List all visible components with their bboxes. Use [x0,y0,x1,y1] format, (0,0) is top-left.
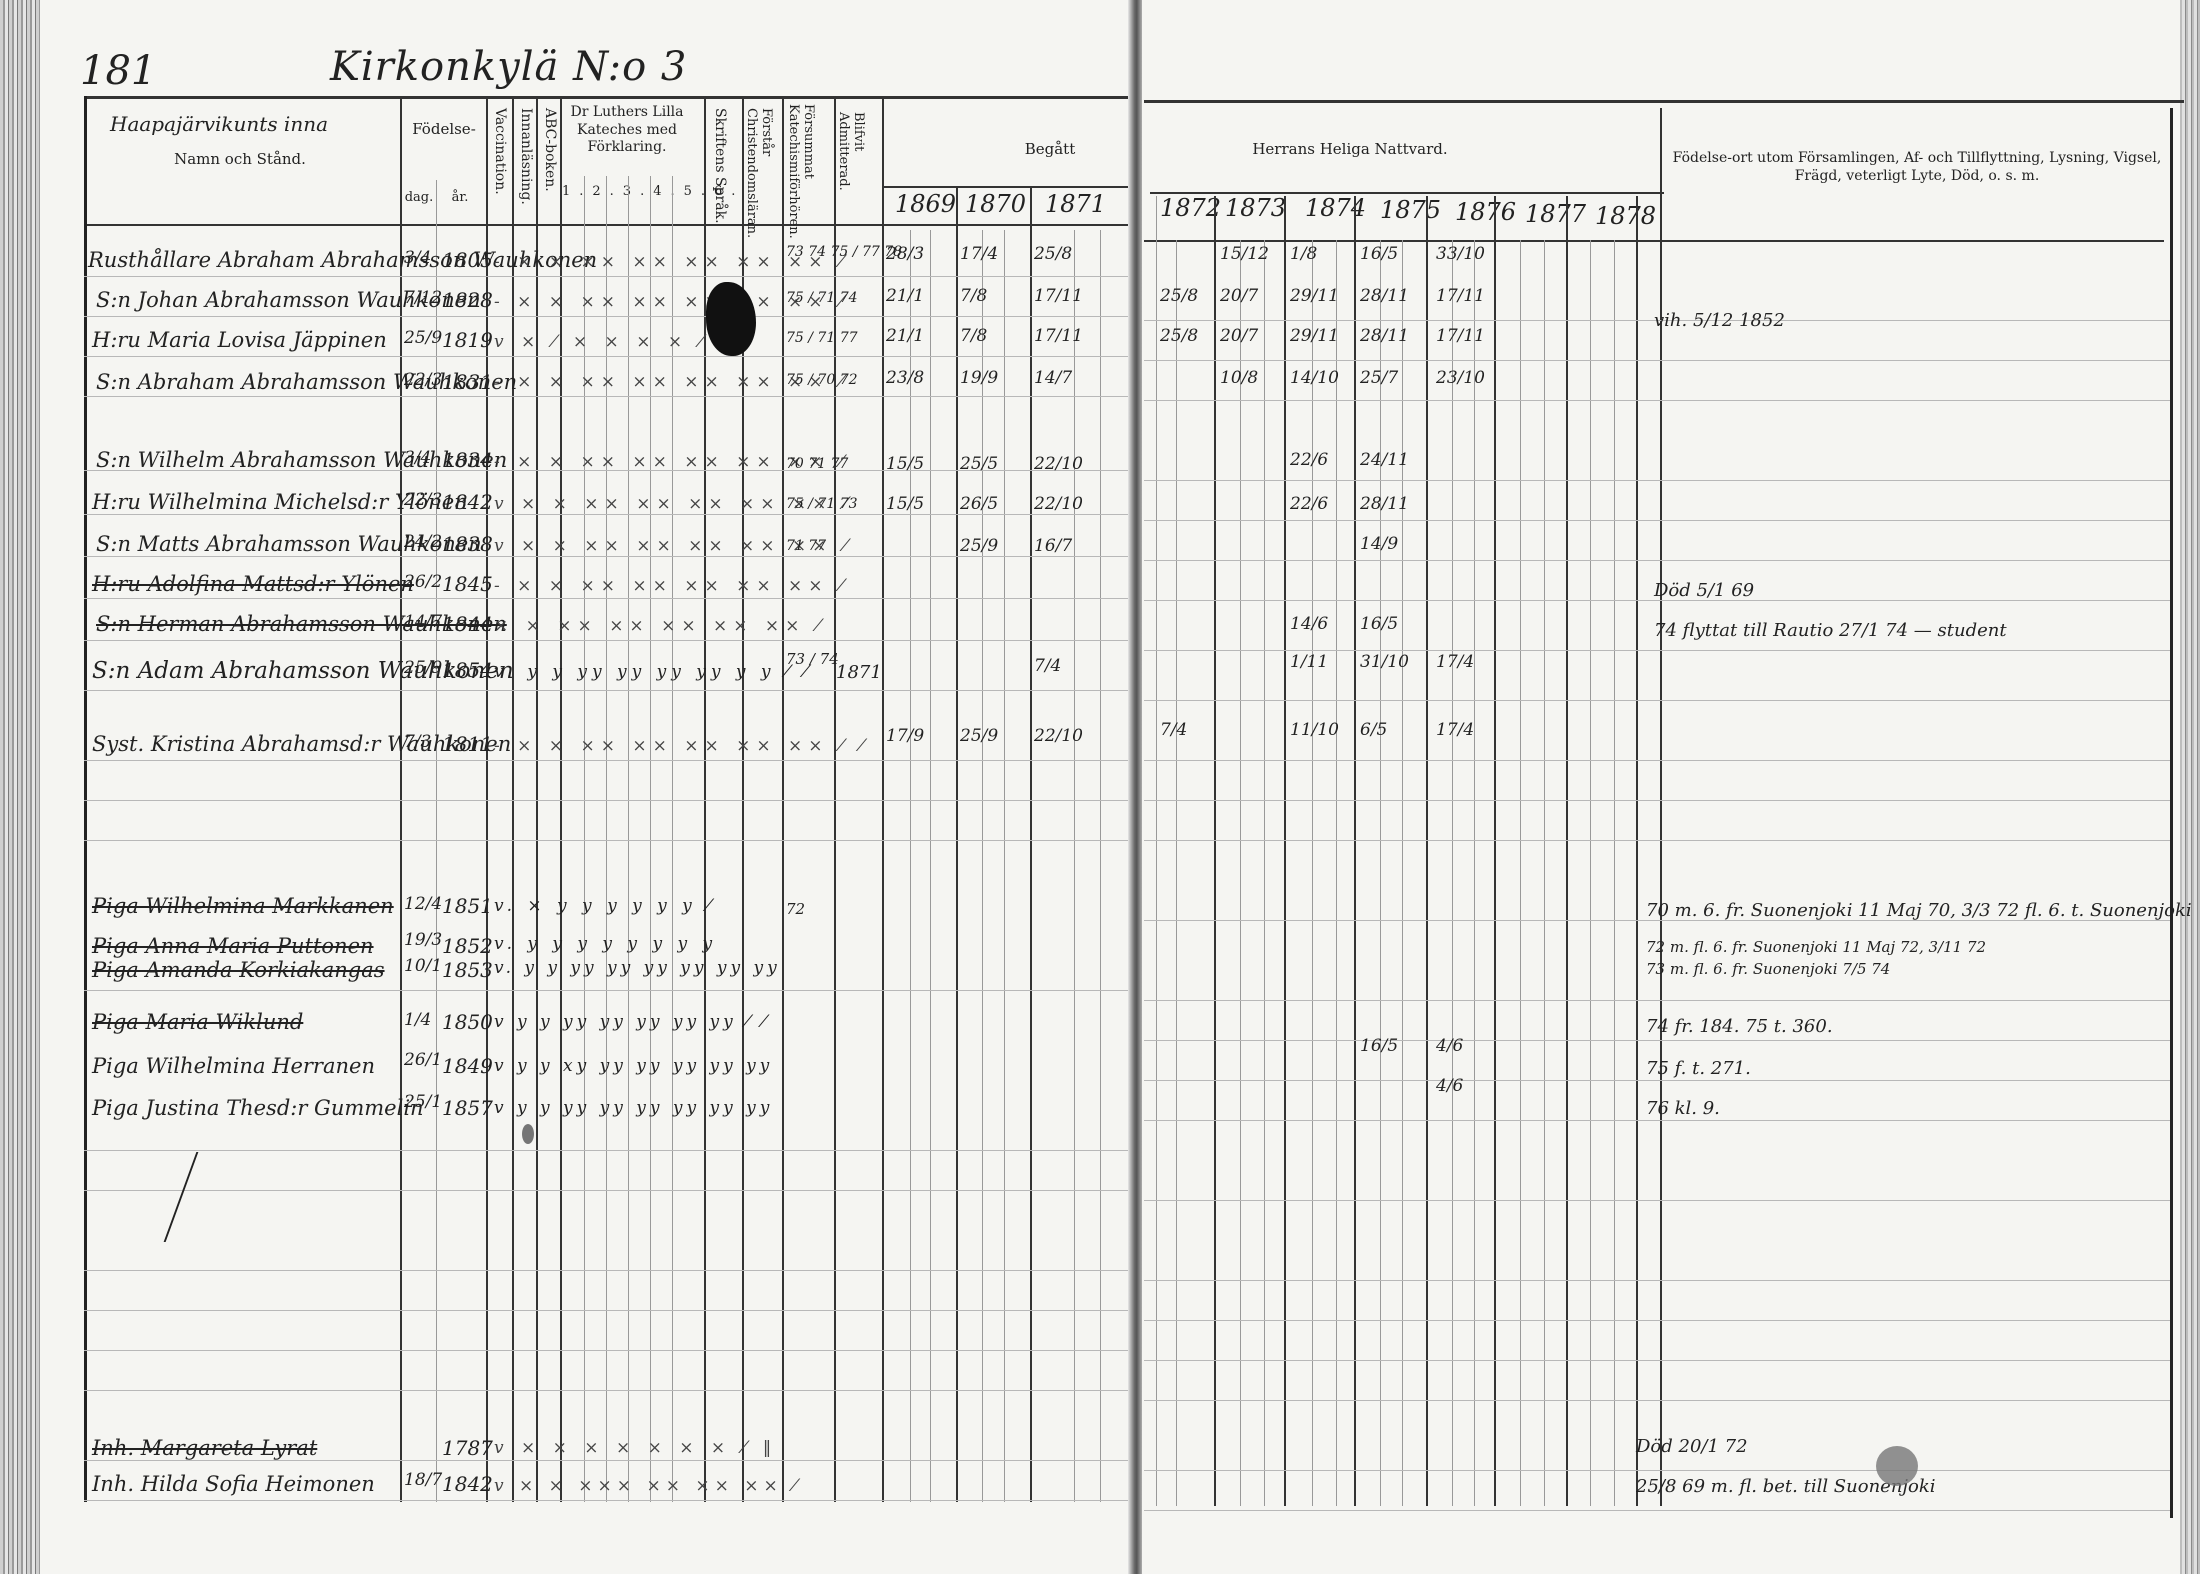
communion-1871: 14/7 [1034,368,1072,388]
catechism-years: 73 / 74 [786,650,839,668]
ruling [84,840,1128,841]
header-name: Namn och Stånd. [120,150,360,169]
header-notes: Födelse-ort utom Församlingen, Af- och T… [1662,150,2172,185]
communion-1870: 7/8 [960,326,987,346]
note: 73 m. fl. 6. fr. Suonenjoki 7/5 74 [1646,960,1890,978]
communion-1870: 25/9 [960,536,998,556]
ink-smudge [1876,1446,1918,1486]
person-name-struck: Piga Anna Maria Puttonen [92,934,374,958]
birth-year: 1805 [442,248,493,272]
book-binding-left [0,0,44,1574]
birth-day: 25/1 [404,1092,442,1112]
rule [1214,196,1216,1506]
rule [2170,108,2173,1518]
communion-1870: 25/9 [960,726,998,746]
communion-1872: 25/8 [1160,326,1198,346]
birth-year: 1850 [442,1010,493,1034]
knowledge-marks: v × × ××× ×× ×× ×× ⁄ [494,1476,801,1496]
rule [1004,230,1005,1502]
birth-year: 1831 [442,370,493,394]
book-binding-right [2180,0,2200,1574]
ruling [1144,760,2170,761]
rule [1380,240,1381,1506]
birth-year: 1842 [442,490,493,514]
birth-year: 1852 [442,934,493,958]
left-page [40,0,1132,1574]
ruling [1144,480,2170,481]
person-name-struck: Piga Wilhelmina Markkanen [92,894,394,918]
note: 76 kl. 9. [1646,1098,1720,1119]
communion-1870: 7/8 [960,286,987,306]
communion-1874: 1/8 [1290,244,1317,264]
birth-day: 19/3 [404,930,442,950]
ruling [1144,1120,2170,1121]
catechism-years: 75 / 71 73 [786,496,858,512]
ruling [84,690,1128,691]
rule [1030,186,1032,1502]
ruling [1144,1470,2170,1471]
birth-year: 1845 [442,572,493,596]
birth-day: 10/1 [404,956,442,976]
birth-day: 25/9 [404,658,442,678]
ruling [84,556,1128,557]
header-birth: Födelse- [402,120,486,139]
ruling [84,640,1128,641]
birth-day: 22/3 [404,490,442,510]
top-border-left [84,96,1128,99]
communion-1874: 29/11 [1290,326,1339,346]
ruling [84,396,1128,397]
note: Död 20/1 72 [1636,1436,1748,1457]
header-begatt: Begått [1010,140,1090,159]
communion-1871: 17/11 [1034,286,1083,306]
note: 70 m. 6. fr. Suonenjoki 11 Maj 70, 3/3 7… [1646,900,2192,921]
header-admitterad: Blifvit Admitterad. [836,112,866,212]
communion-1872: 15/12 [1220,244,1269,264]
communion-1875: 16/5 [1360,1036,1398,1056]
communion-1876: 4/6 [1436,1076,1463,1096]
knowledge-marks: v. y y yy yy yy yy yy yy [494,958,781,978]
communion-1874: 1/11 [1290,652,1328,672]
ruling [1144,560,2170,561]
knowledge-marks: v × × × × × × × ⁄ ‖ [494,1438,777,1458]
birth-day: 18/7 [404,1470,442,1490]
person-name: Piga Justina Thesd:r Gummelin [92,1096,424,1120]
ruling [84,514,1128,515]
ruling [84,316,1128,317]
person-name-struck: H:ru Adolfina Mattsd:r Ylönen [92,572,414,596]
header-forstar: Förstår Christendomsläran. [744,108,774,220]
rule [1074,230,1075,1502]
communion-1870: 25/5 [960,454,998,474]
birth-year: 1851 [442,894,493,918]
ruling [1144,360,2170,361]
ruling [1144,1200,2170,1201]
note: Död 5/1 69 [1654,580,1754,601]
communion-1875: 28/11 [1360,326,1409,346]
knowledge-marks: v y y xy yy yy yy yy yy [494,1056,773,1076]
communion-1870: 26/5 [960,494,998,514]
rule [1354,196,1356,1506]
ruling [1144,1400,2170,1401]
note: vih. 5/12 1852 [1654,310,1785,331]
rule [1100,230,1101,1502]
communion-1870: 19/9 [960,368,998,388]
communion-1872: 25/8 [1160,286,1198,306]
communion-1872: 7/4 [1160,720,1187,740]
communion-1876: 17/11 [1436,286,1485,306]
communion-1873: 10/8 [1220,368,1258,388]
year-rule-left [884,186,1128,188]
communion-1875: 24/11 [1360,450,1409,470]
ruling [1144,700,2170,701]
vaccination-mark: v [494,1056,508,1076]
farm-heading: Haapajärvikunts inna [110,112,410,137]
birth-day: 12/4 [404,894,442,914]
communion-1873: 20/7 [1220,286,1258,306]
birth-year: 1854 [442,658,493,682]
ruling [84,1500,1128,1501]
knowledge-marks: v. × y y y y y y ⁄ [494,896,715,916]
catechism-years: 71 77 [786,538,826,554]
knowledge-marks: - × × ×× ×× ×× ×× ×× ⁄ ⁄ [494,736,869,756]
rule [882,96,884,1502]
ruling [84,356,1128,357]
note: 75 f. t. 271. [1646,1058,1751,1079]
rule [1544,240,1545,1506]
rule [84,96,87,1502]
village-title: Kirkonkylä N:o 3 [330,44,687,90]
ruling [1144,1040,2170,1041]
knowledge-marks: - × × ×× ×× ×× ×× ×× ⁄ [494,576,849,596]
note: 74 fr. 184. 75 t. 360. [1646,1016,1833,1037]
ruling [84,1350,1128,1351]
birth-year: 1857 [442,1096,493,1120]
year-1874: 1874 [1305,194,1366,222]
vaccination-mark: v [494,1438,510,1458]
birth-day: 7/3 [404,732,431,752]
person-name: Inh. Hilda Sofia Heimonen [92,1472,375,1496]
note: 74 flyttat till Rautio 27/1 74 — student [1654,620,2007,641]
rule [1494,196,1496,1506]
vaccination-mark: v [494,1476,509,1496]
communion-1875: 28/11 [1360,494,1409,514]
rule [1176,240,1177,1506]
communion-1875: 28/11 [1360,286,1409,306]
rule [1614,240,1615,1506]
catechism-years: 72 [786,900,805,918]
catechism-years: 75 / 71 77 [786,330,858,346]
ruling [84,598,1128,599]
communion-1871: 22/10 [1034,494,1083,514]
communion-1869: 15/5 [886,494,924,514]
knowledge-marks: v y y yy yy yy yy yy yy [494,1098,773,1118]
ruling [1144,1080,2170,1081]
year-1878: 1878 [1595,202,1656,230]
communion-1876: 23/10 [1436,368,1485,388]
rule [930,230,931,1502]
year-1871: 1871 [1045,190,1106,218]
top-border-right [1144,100,2184,103]
register-spread: 181 Kirkonkylä N:o 3 Haapajärvikunts inn… [0,0,2200,1574]
ruling [84,1270,1128,1271]
ruling [1144,1510,2170,1511]
knowledge-marks: × × ×× ×× ×× ×× ×× ⁄ [494,616,826,636]
header-birth-day: dag. [402,190,436,206]
birth-year: 1844 [442,612,493,636]
communion-1871: 25/8 [1034,244,1072,264]
communion-1873: 20/7 [1220,326,1258,346]
vaccination-mark: v. [494,896,517,916]
rule [1284,196,1286,1506]
knowledge-marks: v × ⁄ × × × × ⁄ [494,332,708,352]
vaccination-mark: v [494,1012,508,1032]
ruling [1144,1000,2170,1001]
communion-1869: 23/8 [886,368,924,388]
rule [1520,240,1521,1506]
ruling [1144,800,2170,801]
vaccination-mark: v. [494,934,517,954]
birth-day: 3/4 [404,448,431,468]
communion-1876: 33/10 [1436,244,1485,264]
communion-1875: 25/7 [1360,368,1398,388]
knowledge-marks: v. y y yy yy yy yy y y ⁄ ⁄ [494,662,812,682]
rule [1474,240,1475,1506]
birth-year: 1828 [442,288,493,312]
rule [1264,240,1265,1506]
birth-day: 1/4 [404,1010,431,1030]
communion-1874: 22/6 [1290,494,1328,514]
communion-1874: 11/10 [1290,720,1339,740]
ruling [1144,840,2170,841]
birth-year: 1853 [442,958,493,982]
catechism-years: 70 71 77 [786,456,848,472]
birth-day: 26/2 [404,572,442,592]
ruling [1144,1360,2170,1361]
catechism-years: 75 / 71 74 [786,290,858,306]
catechism-years: 75 / 70 72 [786,372,858,388]
knowledge-marks: v. y y y y y y y y [494,934,717,954]
person-name: H:ru Maria Lovisa Jäppinen [92,328,387,352]
communion-1876: 4/6 [1436,1036,1463,1056]
communion-1876: 17/4 [1436,720,1474,740]
communion-1876: 17/11 [1436,326,1485,346]
ruling [1144,1320,2170,1321]
vaccination-mark: v [494,1098,508,1118]
header-forsummat: Försummat Katechismiförhören. [786,104,816,220]
communion-1875: 16/5 [1360,614,1398,634]
year-1877: 1877 [1525,200,1586,228]
birth-year: 1811 [442,732,493,756]
header-birth-year: år. [440,190,480,206]
ruling [84,800,1128,801]
header-luther: Dr Luthers Lilla Kateches med Förklaring… [562,104,692,157]
rule [1402,240,1403,1506]
year-1875: 1875 [1380,196,1441,224]
birth-day: 26/1 [404,1050,442,1070]
year-1870: 1870 [965,190,1026,218]
communion-1875: 16/5 [1360,244,1398,264]
rule [1156,196,1157,1506]
ruling [1144,650,2170,651]
person-name-struck: Piga Amanda Korkiakangas [92,958,385,982]
header-abc: ABC-boken. [542,108,558,192]
ink-smudge [522,1124,534,1144]
rule [1312,240,1313,1506]
birth-day: 7/12 [404,288,442,308]
communion-1869: 17/9 [886,726,924,746]
communion-1871: 7/4 [1034,656,1061,676]
communion-1871: 22/10 [1034,726,1083,746]
rule [956,186,958,1502]
ruling [84,1390,1128,1391]
birth-year: 1819 [442,328,493,352]
ruling [1144,400,2170,401]
vaccination-mark: v. [494,958,515,978]
vaccination-mark: v. [494,662,517,682]
communion-1871: 22/10 [1034,454,1083,474]
header-nattvard: Herrans Heliga Nattvard. [1200,140,1500,159]
person-name: Piga Wilhelmina Herranen [92,1054,375,1078]
communion-1869: 15/5 [886,454,924,474]
birth-day: 14/7 [404,612,442,632]
communion-1869: 21/1 [886,326,924,346]
rule [982,230,983,1502]
birth-day: 22/3 [404,370,442,390]
rule [1566,196,1568,1506]
ruling [84,1150,1128,1151]
communion-1874: 14/6 [1290,614,1328,634]
rule [910,230,911,1502]
header-bottom-right [1144,240,2164,242]
communion-1871: 17/11 [1034,326,1083,346]
header-innanlasning: Innanläsning. [518,108,534,205]
rule [1240,240,1241,1506]
communion-1869: 28/3 [886,244,924,264]
ruling [84,760,1128,761]
birth-year: 1849 [442,1054,493,1078]
rule [1452,240,1453,1506]
knowledge-marks: v y y yy yy yy yy yy ⁄ ⁄ [494,1012,769,1032]
year-1873: 1873 [1225,194,1286,222]
birth-year: 1842 [442,1472,493,1496]
page-number: 181 [80,48,156,94]
birth-year: 1787 [442,1436,493,1460]
communion-1875: 31/10 [1360,652,1409,672]
communion-1869: 21/1 [886,286,924,306]
birth-day: 24/2 [404,532,442,552]
catechism-years: 73 74 75 / 77 78 [786,244,902,260]
communion-1875: 6/5 [1360,720,1387,740]
ruling [84,1460,1128,1461]
communion-1874: 14/10 [1290,368,1339,388]
birth-day: 25/9 [404,328,442,348]
ruling [84,990,1128,991]
rule [1336,240,1337,1506]
admitted-year: 1871 [836,662,882,683]
communion-1874: 29/11 [1290,286,1339,306]
birth-year: 1838 [442,532,493,556]
birth-year: 1834 [442,448,493,472]
communion-1875: 14/9 [1360,534,1398,554]
ruling [1144,1280,2170,1281]
communion-1874: 22/6 [1290,450,1328,470]
header-vaccination: Vaccination. [492,108,508,195]
rule [1590,240,1591,1506]
note: 72 m. fl. 6. fr. Suonenjoki 11 Maj 72, 3… [1646,938,1986,956]
ruling [84,276,1128,277]
year-1872: 1872 [1160,194,1221,222]
year-1876: 1876 [1455,198,1516,226]
communion-1870: 17/4 [960,244,998,264]
birth-day: 3/4 [404,248,431,268]
ruling [1144,520,2170,521]
communion-1876: 17/4 [1436,652,1474,672]
communion-1871: 16/7 [1034,536,1072,556]
header-skrift: Skriftens Språk. [712,108,728,224]
right-page [1142,0,2192,1574]
person-name-struck: Inh. Margareta Lyrat [92,1436,317,1460]
person-name-struck: Piga Maria Wiklund [92,1010,303,1034]
rule [1426,196,1428,1506]
year-1869: 1869 [895,190,956,218]
rule [1636,196,1638,1506]
ruling [84,1310,1128,1311]
